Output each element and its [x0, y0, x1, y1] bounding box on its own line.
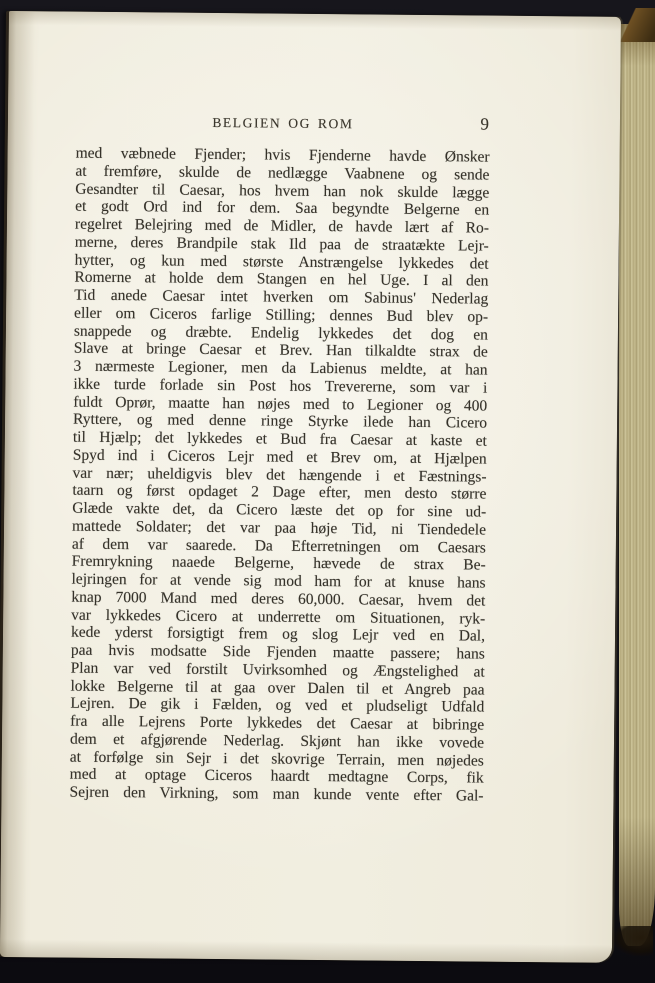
chapter-title: BELGIEN OG ROM: [76, 114, 490, 134]
photo-background: BELGIEN OG ROM 9 med væbnede Fjender; hv…: [0, 0, 655, 983]
gutter-shadow: [0, 11, 35, 957]
page-top-shadow: [9, 11, 621, 31]
text-line: Sejren den Virkning, som man kunde vente…: [69, 784, 483, 806]
page-content: BELGIEN OG ROM 9 med væbnede Fjender; hv…: [69, 114, 490, 806]
running-header: BELGIEN OG ROM 9: [76, 114, 490, 136]
book-cover-corner-bottom: [613, 926, 653, 956]
body-text: med væbnede Fjender; hvis Fjenderne havd…: [69, 145, 489, 806]
book-page-edges: [619, 24, 655, 946]
book-page: BELGIEN OG ROM 9 med væbnede Fjender; hv…: [0, 11, 621, 963]
page-number: 9: [480, 115, 489, 135]
page-bottom-shadow: [0, 939, 612, 963]
